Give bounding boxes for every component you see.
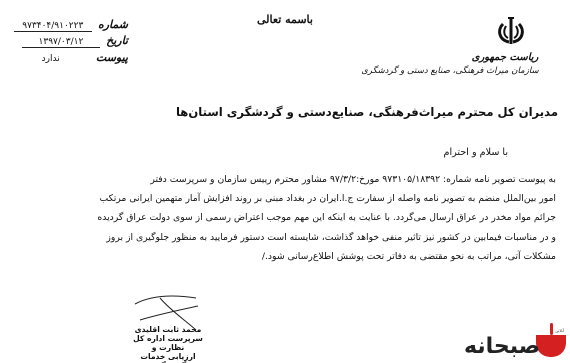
number-label: شماره — [98, 18, 128, 31]
bismillah-heading: باسمه تعالی — [245, 13, 325, 26]
org-presidency: ریاست جمهوری — [440, 52, 570, 63]
logo-subtitle: آنلاین — [555, 328, 564, 333]
signature-block: محمد ثابت اقلیدی سرپرست اداره کل نظارت و… — [133, 325, 203, 363]
watermark-logo: آنلاین صبحانه — [495, 318, 570, 363]
iran-emblem-icon — [493, 14, 529, 50]
letter-number: شماره ۹۷۳۴۰۴/۹۱۰۲۲۳ — [14, 18, 128, 32]
date-label: تاریخ — [106, 34, 128, 47]
cup-icon — [536, 335, 566, 357]
body-line: امور بین‌الملل منضم به تصویر نامه واصله … — [36, 189, 556, 208]
steam-icon — [550, 323, 553, 335]
addressee: مدیران کل محترم میراث‌فرهنگی، صنایع‌دستی… — [176, 105, 558, 119]
body-line: به پیوست تصویر نامه شماره: ۹۷۳۱۰۵/۱۸۳۹۲ … — [36, 170, 556, 189]
letter-date: تاریخ ۱۳۹۷/۰۳/۱۲ — [22, 34, 128, 48]
signer-name: محمد ثابت اقلیدی — [133, 325, 203, 334]
attachment-value: ندارد — [12, 54, 90, 64]
number-value: ۹۷۳۴۰۴/۹۱۰۲۲۳ — [14, 21, 92, 32]
signer-title: سرپرست اداره کل نظارت و — [133, 334, 203, 352]
body-line: مشکلات آتی، مراتب به نحو مقتضی به دفاتر … — [36, 247, 556, 266]
body-line: جرائم مواد مخدر در عراق ارسال می‌گردد. ب… — [36, 208, 556, 227]
greeting: با سلام و احترام — [444, 147, 508, 158]
org-name: سازمان میراث فرهنگی، صنایع دستی و گردشگر… — [330, 66, 570, 76]
logo-text: صبحانه — [464, 334, 540, 359]
attachment-label: پیوست — [96, 51, 128, 64]
letter-attachment: پیوست ندارد — [12, 51, 128, 64]
date-value: ۱۳۹۷/۰۳/۱۲ — [22, 37, 100, 48]
signer-title: ارزیابی خدمات گردشگری — [133, 352, 203, 363]
letter-body: به پیوست تصویر نامه شماره: ۹۷۳۱۰۵/۱۸۳۹۲ … — [36, 170, 556, 266]
body-line: و در مناسبات فیمابین در کشور نیز تاثیر م… — [36, 228, 556, 247]
